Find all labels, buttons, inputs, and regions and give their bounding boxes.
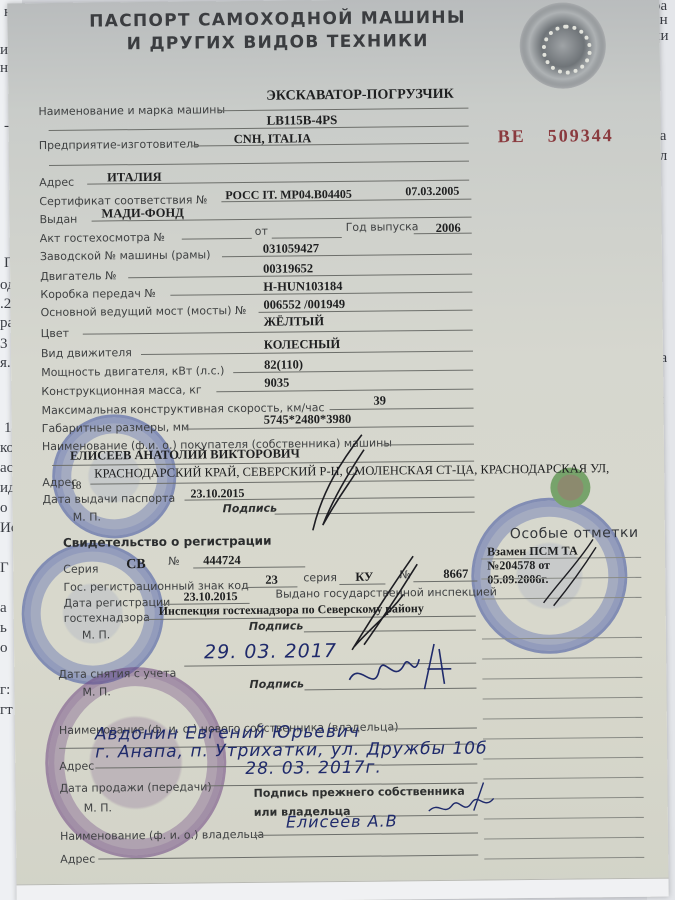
plate-series-label: серия — [303, 571, 337, 584]
field-dimensions: Габаритные размеры, мм — [42, 416, 190, 436]
bg-text: гт — [0, 702, 13, 719]
label: Конструкционная масса, кг — [41, 383, 201, 398]
signature-scribble-5 — [423, 780, 503, 821]
buyer-value: ЕЛИСЕЕВ АНАТОЛИЙ ВИКТОРОВИЧ — [70, 446, 300, 463]
reg-number-label: № — [168, 555, 180, 568]
bg-text: 3 — [0, 336, 8, 353]
field-color: Цвет — [41, 322, 69, 340]
field-reg-series: Серия — [63, 558, 98, 576]
reg-signature-label: Подпись — [249, 619, 304, 633]
signature-label: Подпись — [223, 502, 278, 516]
bg-text: Г — [0, 560, 9, 577]
label: Цвет — [41, 327, 69, 340]
title-line-2: И ДРУГИХ ВИДОВ ТЕХНИКИ — [68, 29, 488, 56]
label: Выдан — [40, 213, 78, 226]
deregistration-date-value: 29. 03. 2017 — [204, 640, 337, 663]
registration-title: Свидетельство о регистрации — [63, 534, 272, 550]
stamp-place-2: М. П. — [82, 623, 110, 641]
plate-number-value: 8667 — [443, 567, 468, 582]
label: Наименование и марка машины — [38, 103, 225, 118]
label: М. П. — [73, 510, 101, 523]
certificate-value: РОСС IT. МР04.В04405 — [225, 187, 352, 203]
label: Дата снятия с учета — [58, 667, 176, 681]
label: Адрес — [59, 760, 94, 773]
field-power: Мощность двигателя, кВт (л.с.) — [41, 359, 224, 379]
label: Дата выдачи паспорта — [42, 492, 175, 506]
label: Заводской № машины (рамы) — [40, 248, 211, 263]
propulsion-value: КОЛЕСНЫЙ — [264, 337, 340, 353]
label: М. П. — [82, 685, 110, 698]
label: Коробка передач № — [40, 287, 156, 301]
field-owner-address: Адрес — [60, 848, 95, 866]
bg-text: г: — [0, 682, 10, 699]
year-value: 2006 — [436, 221, 461, 236]
machine-name-value: ЭКСКАВАТОР-ПОГРУЗЧИК — [266, 87, 454, 105]
label: Адрес — [39, 176, 74, 189]
label: М. П. — [84, 801, 112, 814]
field-passport-date: Дата выдачи паспорта — [42, 487, 175, 506]
field-address: Адрес — [39, 171, 74, 189]
field-frame-number: Заводской № машины (рамы) — [40, 243, 211, 263]
engine-number-value: 00319652 — [263, 261, 313, 277]
owner-name-value: Елисеев А.В — [286, 811, 398, 831]
field-issued-by-inspection: гостехнадзора — [64, 606, 150, 625]
serial-series: BE — [498, 126, 526, 146]
color-value: ЖЁЛТЫЙ — [264, 314, 325, 330]
label: Двигатель № — [40, 269, 117, 283]
bg-text: а — [0, 600, 7, 617]
document-serial-number: BE509344 — [498, 125, 614, 147]
sale-date-value: 28. 03. 2017г. — [245, 758, 382, 779]
issued-by-value: МАДИ-ФОНД — [101, 206, 183, 222]
field-machine-name: Наименование и марка машины — [38, 98, 225, 118]
gearbox-number-value: H-HUN103184 — [263, 279, 342, 295]
field-deregistration-date: Дата снятия с учета — [58, 662, 176, 681]
field-owner: Наименование (ф. и. о.) владельца — [60, 823, 264, 843]
serial-number: 509344 — [548, 125, 614, 146]
field-gearbox: Коробка передач № — [40, 282, 156, 301]
bg-text: ь — [0, 620, 7, 637]
field-propulsion: Вид движителя — [41, 341, 132, 360]
bg-text: о — [0, 640, 8, 657]
bg-text: 1 — [4, 420, 12, 437]
plate-code-value: 23 — [265, 573, 278, 588]
max-speed-value: 39 — [373, 393, 386, 408]
field-engine: Двигатель № — [40, 264, 117, 283]
year-label: Год выпуска — [346, 220, 419, 234]
stamp-place-3: М. П. — [82, 680, 110, 698]
axle-number-value: 006552 /001949 — [263, 297, 345, 313]
label: Вид движителя — [41, 346, 132, 360]
field-mass: Конструкционная масса, кг — [41, 378, 201, 398]
machine-model-value: LB115B-4PS — [266, 112, 337, 129]
dereg-signature-label: Подпись — [249, 677, 304, 691]
label: Основной ведущий мост (мосты) № — [40, 304, 246, 319]
signature-scribble-1 — [302, 430, 383, 541]
label: Дата продажи (передачи) — [59, 780, 211, 795]
label: Адрес — [60, 853, 95, 866]
label: Серия — [63, 563, 98, 576]
stamp-place-1: М. П. — [73, 505, 101, 523]
field-manufacturer: Предприятие-изготовитель — [39, 132, 200, 152]
field-inspection: Акт гостехосмотра № — [40, 226, 165, 245]
bg-text: я. — [0, 355, 11, 372]
label: М. П. — [82, 628, 110, 641]
reg-series-value: СВ — [126, 557, 146, 573]
label: Предприятие-изготовитель — [39, 137, 200, 152]
mass-value: 9035 — [264, 376, 289, 391]
bg-text: о — [0, 500, 8, 517]
inspection-from-label: от — [255, 225, 268, 238]
signature-scribble-3 — [339, 639, 460, 700]
label: Акт гостехосмотра № — [40, 231, 165, 245]
machine-passport-page: ПАСПОРТ САМОХОДНОЙ МАШИНЫ И ДРУГИХ ВИДОВ… — [7, 0, 668, 900]
address-value: ИТАЛИЯ — [107, 170, 162, 186]
hologram-seal — [519, 2, 606, 89]
document-title: ПАСПОРТ САМОХОДНОЙ МАШИНЫ И ДРУГИХ ВИДОВ… — [67, 6, 487, 56]
power-value: 82(110) — [264, 357, 303, 372]
frame-number-value: 031059427 — [263, 241, 319, 257]
field-sale-date: Дата продажи (передачи) — [59, 775, 211, 795]
signature-scribble-4 — [538, 537, 599, 608]
passport-date-value: 23.10.2015 — [190, 486, 244, 502]
label: Мощность двигателя, кВт (л.с.) — [41, 364, 224, 379]
stamp-place-4: М. П. — [84, 796, 112, 814]
field-new-owner-address: Адрес — [59, 755, 94, 773]
dimensions-value: 5745*2480*3980 — [264, 412, 352, 428]
label: Наименование (ф. и. о.) владельца — [60, 828, 264, 843]
certificate-date: 07.03.2005 — [405, 184, 459, 200]
manufacturer-value: CNH, ITALIA — [234, 131, 312, 147]
field-axle: Основной ведущий мост (мосты) № — [40, 299, 246, 319]
field-issued-by: Выдан — [39, 208, 77, 226]
